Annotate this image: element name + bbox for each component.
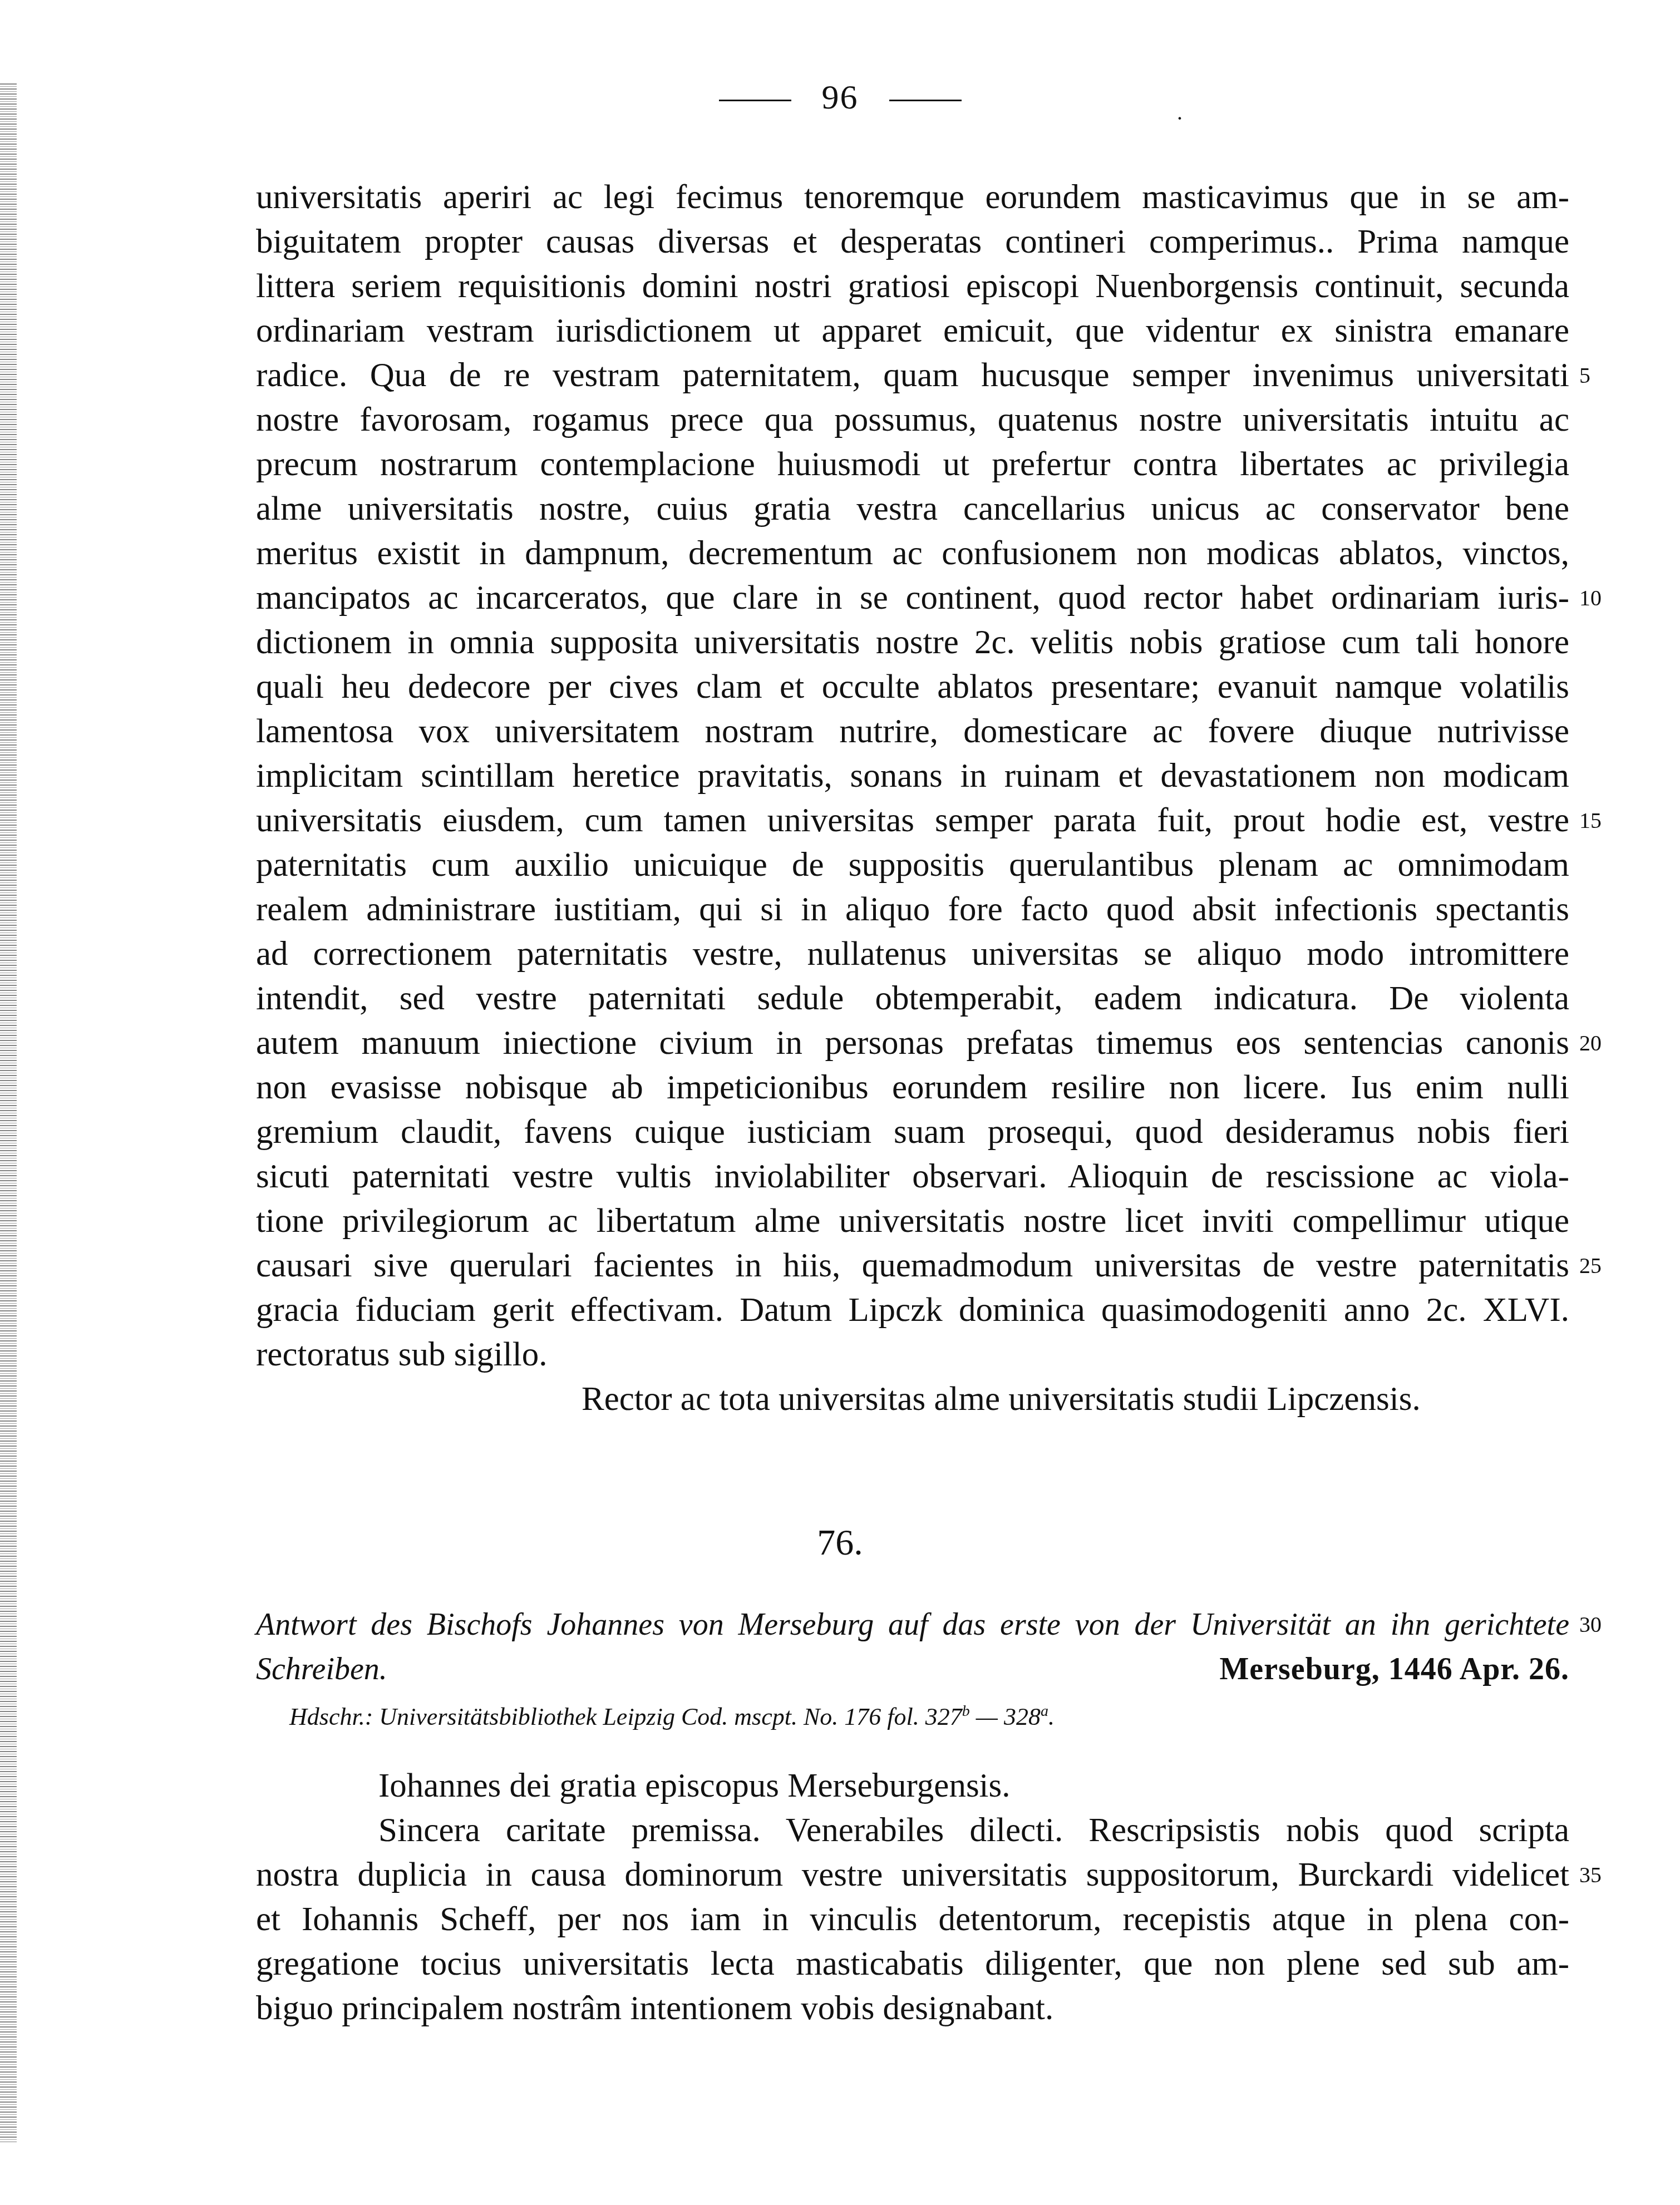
text-line-content: radice. Qua de re vestram paternitatem, …: [256, 357, 1569, 394]
text-line-content: realem administrare iustitiam, qui si in…: [256, 891, 1569, 928]
text-line: nostra duplicia in causa dominorum vestr…: [256, 1853, 1569, 1897]
letter-signature: Rector ac tota universitas alme universi…: [256, 1377, 1569, 1422]
text-line-content: et Iohannis Scheff, per nos iam in vincu…: [256, 1901, 1569, 1938]
document-title: Antwort des Bischofs Johannes von Merseb…: [256, 1602, 1569, 1691]
text-line-content: alme universitatis nostre, cuius gratia …: [256, 490, 1569, 527]
text-line: causari sive querulari facientes in hiis…: [256, 1244, 1569, 1288]
document-title-line-1: Antwort des Bischofs Johannes von Merseb…: [256, 1602, 1569, 1647]
line-number: 20: [1579, 1021, 1602, 1065]
continued-letter: universitatis aperiri ac legi fecimus te…: [256, 175, 1569, 1377]
text-line-content: paternitatis cum auxilio unicuique de su…: [256, 846, 1569, 884]
text-line-content: quali heu dedecore per cives clam et occ…: [256, 668, 1569, 706]
letter-signature-block: Rector ac tota universitas alme universi…: [256, 1377, 1569, 1422]
text-line-content: nostre favorosam, rogamus prece qua poss…: [256, 401, 1569, 438]
line-number: 10: [1579, 576, 1602, 620]
source-sup-a: a: [1041, 1703, 1048, 1720]
place-date: Merseburg, 1446 Apr. 26.: [1219, 1647, 1569, 1691]
document-number: 76.: [0, 1522, 1680, 1564]
text-line: meritus existit in dampnum, decrementum …: [256, 531, 1569, 576]
page-header: 96 .: [0, 78, 1680, 117]
manuscript-source: Hdschr.: Universitätsbibliothek Leipzig …: [289, 1703, 1055, 1731]
text-line-content: autem manuum iniectione civium in person…: [256, 1024, 1569, 1062]
text-line: littera seriem requisitionis domini nost…: [256, 264, 1569, 309]
text-line: gregatione tocius universitatis lecta ma…: [256, 1942, 1569, 1986]
text-line-content: littera seriem requisitionis domini nost…: [256, 268, 1569, 305]
header-rule-left: [719, 100, 791, 101]
text-line-content: biguo principalem nostrâm intentionem vo…: [256, 1990, 1053, 2027]
text-line: mancipatos ac incarceratos, que clare in…: [256, 576, 1569, 620]
text-line-content: biguitatem propter causas diversas et de…: [256, 223, 1569, 260]
text-line-content: universitatis aperiri ac legi fecimus te…: [256, 179, 1569, 216]
text-line: nostre favorosam, rogamus prece qua poss…: [256, 398, 1569, 442]
text-line: ordinariam vestram iurisdictionem ut app…: [256, 309, 1569, 353]
text-line: et Iohannis Scheff, per nos iam in vincu…: [256, 1897, 1569, 1942]
source-prefix: Hdschr.: Universitätsbibliothek Leipzig …: [289, 1703, 962, 1730]
text-line: Iohannes dei gratia episcopus Merseburge…: [256, 1764, 1569, 1808]
text-line: quali heu dedecore per cives clam et occ…: [256, 665, 1569, 709]
text-line-content: lamentosa vox universitatem nostram nutr…: [256, 713, 1569, 750]
text-line-content: intendit, sed vestre paternitati sedule …: [256, 980, 1569, 1017]
line-number: 35: [1579, 1853, 1602, 1897]
text-line: tione privilegiorum ac libertatum alme u…: [256, 1199, 1569, 1244]
text-line-content: causari sive querulari facientes in hiis…: [256, 1247, 1569, 1284]
text-line-content: gracia fiduciam gerit effectivam. Datum …: [256, 1291, 1569, 1329]
text-line-content: universitatis eiusdem, cum tamen univers…: [256, 802, 1569, 839]
scan-edge-artifact: [0, 83, 17, 2142]
text-line: ad correctionem paternitatis vestre, nul…: [256, 932, 1569, 976]
text-line: non evasisse nobisque ab impeticionibus …: [256, 1065, 1569, 1110]
text-line: sicuti paternitati vestre vultis inviola…: [256, 1155, 1569, 1199]
page-number: 96: [822, 78, 859, 116]
document-title-line-2-text: Schreiben.: [256, 1652, 387, 1686]
line-number: 15: [1579, 798, 1602, 843]
header-rule-right: [889, 100, 962, 101]
text-line: Sincera caritate premissa. Venerabiles d…: [256, 1808, 1569, 1853]
text-line: universitatis eiusdem, cum tamen univers…: [256, 798, 1569, 843]
source-middle: — 328: [970, 1703, 1041, 1730]
text-line: gremium claudit, favens cuique iusticiam…: [256, 1110, 1569, 1155]
line-number: 25: [1579, 1244, 1602, 1288]
text-line-content: implicitam scintillam heretice pravitati…: [256, 757, 1569, 795]
text-line-content: rectoratus sub sigillo.: [256, 1336, 548, 1373]
text-line: rectoratus sub sigillo.: [256, 1333, 1569, 1377]
text-line-content: gregatione tocius universitatis lecta ma…: [256, 1945, 1569, 1982]
text-line-content: sicuti paternitati vestre vultis inviola…: [256, 1158, 1569, 1195]
line-number: 30: [1579, 1602, 1602, 1647]
text-line-content: tione privilegiorum ac libertatum alme u…: [256, 1202, 1569, 1240]
text-line-content: mancipatos ac incarceratos, que clare in…: [256, 579, 1569, 616]
text-line: lamentosa vox universitatem nostram nutr…: [256, 709, 1569, 754]
text-line: realem administrare iustitiam, qui si in…: [256, 887, 1569, 932]
document-body: Iohannes dei gratia episcopus Merseburge…: [256, 1764, 1569, 2031]
text-line-content: non evasisse nobisque ab impeticionibus …: [256, 1069, 1569, 1106]
text-line-content: ad correctionem paternitatis vestre, nul…: [256, 935, 1569, 973]
text-line-content: dictionem in omnia supposita universitat…: [256, 624, 1569, 661]
text-line: gracia fiduciam gerit effectivam. Datum …: [256, 1288, 1569, 1333]
text-line-content: ordinariam vestram iurisdictionem ut app…: [256, 312, 1569, 349]
text-line: alme universitatis nostre, cuius gratia …: [256, 487, 1569, 531]
text-line-content: Iohannes dei gratia episcopus Merseburge…: [378, 1767, 1011, 1804]
text-line: dictionem in omnia supposita universitat…: [256, 620, 1569, 665]
text-line-content: gremium claudit, favens cuique iusticiam…: [256, 1113, 1569, 1151]
text-line: intendit, sed vestre paternitati sedule …: [256, 976, 1569, 1021]
header-dot: .: [1177, 99, 1184, 125]
text-line: radice. Qua de re vestram paternitatem, …: [256, 353, 1569, 398]
text-line-content: Sincera caritate premissa. Venerabiles d…: [378, 1812, 1569, 1849]
text-line: precum nostrarum contemplacione huiusmod…: [256, 442, 1569, 487]
text-line: biguo principalem nostrâm intentionem vo…: [256, 1986, 1569, 2031]
text-line-content: meritus existit in dampnum, decrementum …: [256, 535, 1569, 572]
document-title-line-2: Schreiben. Merseburg, 1446 Apr. 26.: [256, 1647, 1569, 1691]
source-sup-b: b: [962, 1703, 970, 1720]
text-line-content: precum nostrarum contemplacione huiusmod…: [256, 446, 1569, 483]
text-line: universitatis aperiri ac legi fecimus te…: [256, 175, 1569, 220]
document-title-line-1-text: Antwort des Bischofs Johannes von Merseb…: [256, 1607, 1569, 1642]
text-line: biguitatem propter causas diversas et de…: [256, 220, 1569, 264]
text-line-content: nostra duplicia in causa dominorum vestr…: [256, 1856, 1569, 1893]
text-line: paternitatis cum auxilio unicuique de su…: [256, 843, 1569, 887]
line-number: 5: [1579, 353, 1590, 398]
source-suffix: .: [1048, 1703, 1055, 1730]
text-line: implicitam scintillam heretice pravitati…: [256, 754, 1569, 798]
text-line: autem manuum iniectione civium in person…: [256, 1021, 1569, 1065]
